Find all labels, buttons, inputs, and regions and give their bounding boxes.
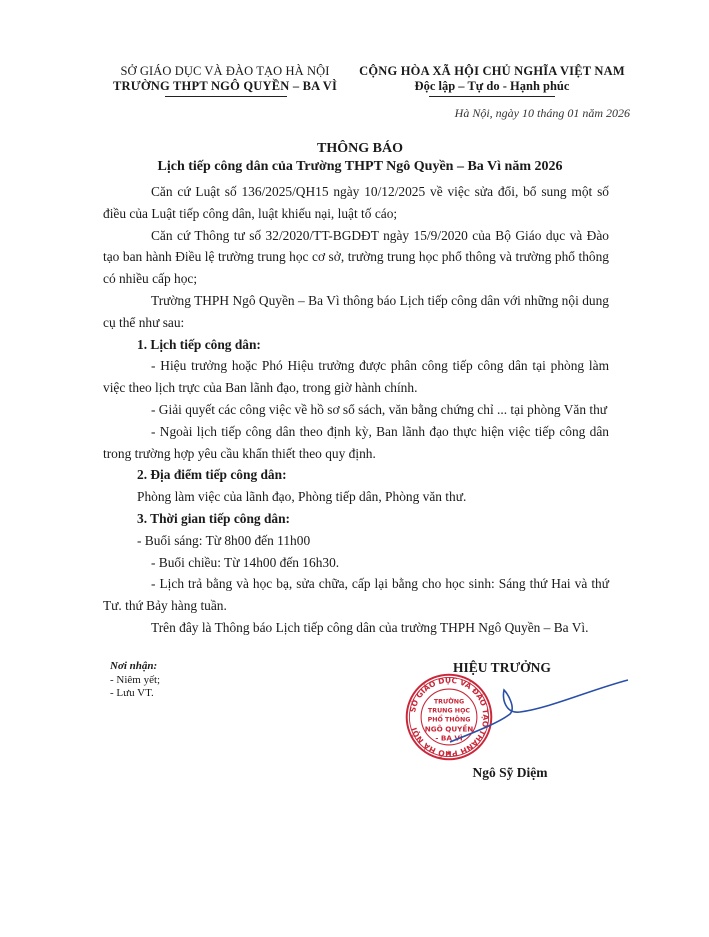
agency-name: SỞ GIÁO DỤC VÀ ĐÀO TẠO HÀ NỘI [105,64,345,79]
document-subtitle: Lịch tiếp công dân của Trường THPT Ngô Q… [100,158,620,176]
recipients: Nơi nhận: - Niêm yết; - Lưu VT. [110,660,160,701]
section-3-item: - Buổi sáng: Từ 8h00 đến 11h00 [103,530,609,552]
paragraph-legal-basis-1: Căn cứ Luật số 136/2025/QH15 ngày 10/12/… [103,181,609,225]
section-1-item: - Giải quyết các công việc về hồ sơ sổ s… [103,399,609,421]
document-date: Hà Nội, ngày 10 tháng 01 năm 2026 [330,106,630,121]
signatory-name: Ngô Sỹ Diệm [440,765,580,781]
header-left: SỞ GIÁO DỤC VÀ ĐÀO TẠO HÀ NỘI TRƯỜNG THP… [105,64,345,94]
nation-name: CỘNG HÒA XÃ HỘI CHỦ NGHĨA VIỆT NAM [352,64,632,79]
section-2-heading: 2. Địa điểm tiếp công dân: [103,464,609,486]
school-name: TRƯỜNG THPT NGÔ QUYỀN – BA VÌ [105,79,345,94]
closing-paragraph: Trên đây là Thông báo Lịch tiếp công dân… [103,617,609,639]
section-3-item: - Buổi chiều: Từ 14h00 đến 16h30. [103,552,609,574]
paragraph-legal-basis-2: Căn cứ Thông tư số 32/2020/TT-BGDĐT ngày… [103,225,609,290]
recipient-item: - Lưu VT. [110,687,160,701]
recipient-item: - Niêm yết; [110,674,160,688]
section-3-item: - Lịch trả bằng và học bạ, sửa chữa, cấp… [103,573,609,617]
recipients-title: Nơi nhận: [110,660,160,674]
section-3-heading: 3. Thời gian tiếp công dân: [103,508,609,530]
signatory-position: HIỆU TRƯỞNG [432,660,572,676]
document-body: Căn cứ Luật số 136/2025/QH15 ngày 10/12/… [103,181,609,639]
motto: Độc lập – Tự do - Hạnh phúc [352,79,632,94]
section-1-item: - Hiệu trưởng hoặc Phó Hiệu trưởng được … [103,355,609,399]
document-title: THÔNG BÁO [100,140,620,158]
section-1-item: - Ngoài lịch tiếp công dân theo định kỳ,… [103,421,609,465]
header-right: CỘNG HÒA XÃ HỘI CHỦ NGHĨA VIỆT NAM Độc l… [352,64,632,94]
header-left-underline [165,96,287,97]
section-1-heading: 1. Lịch tiếp công dân: [103,334,609,356]
section-2-text: Phòng làm việc của lãnh đạo, Phòng tiếp … [103,486,609,508]
header-right-underline [429,96,555,97]
signature-icon [430,670,630,760]
paragraph-intro: Trường THPH Ngô Quyền – Ba Vì thông báo … [103,290,609,334]
